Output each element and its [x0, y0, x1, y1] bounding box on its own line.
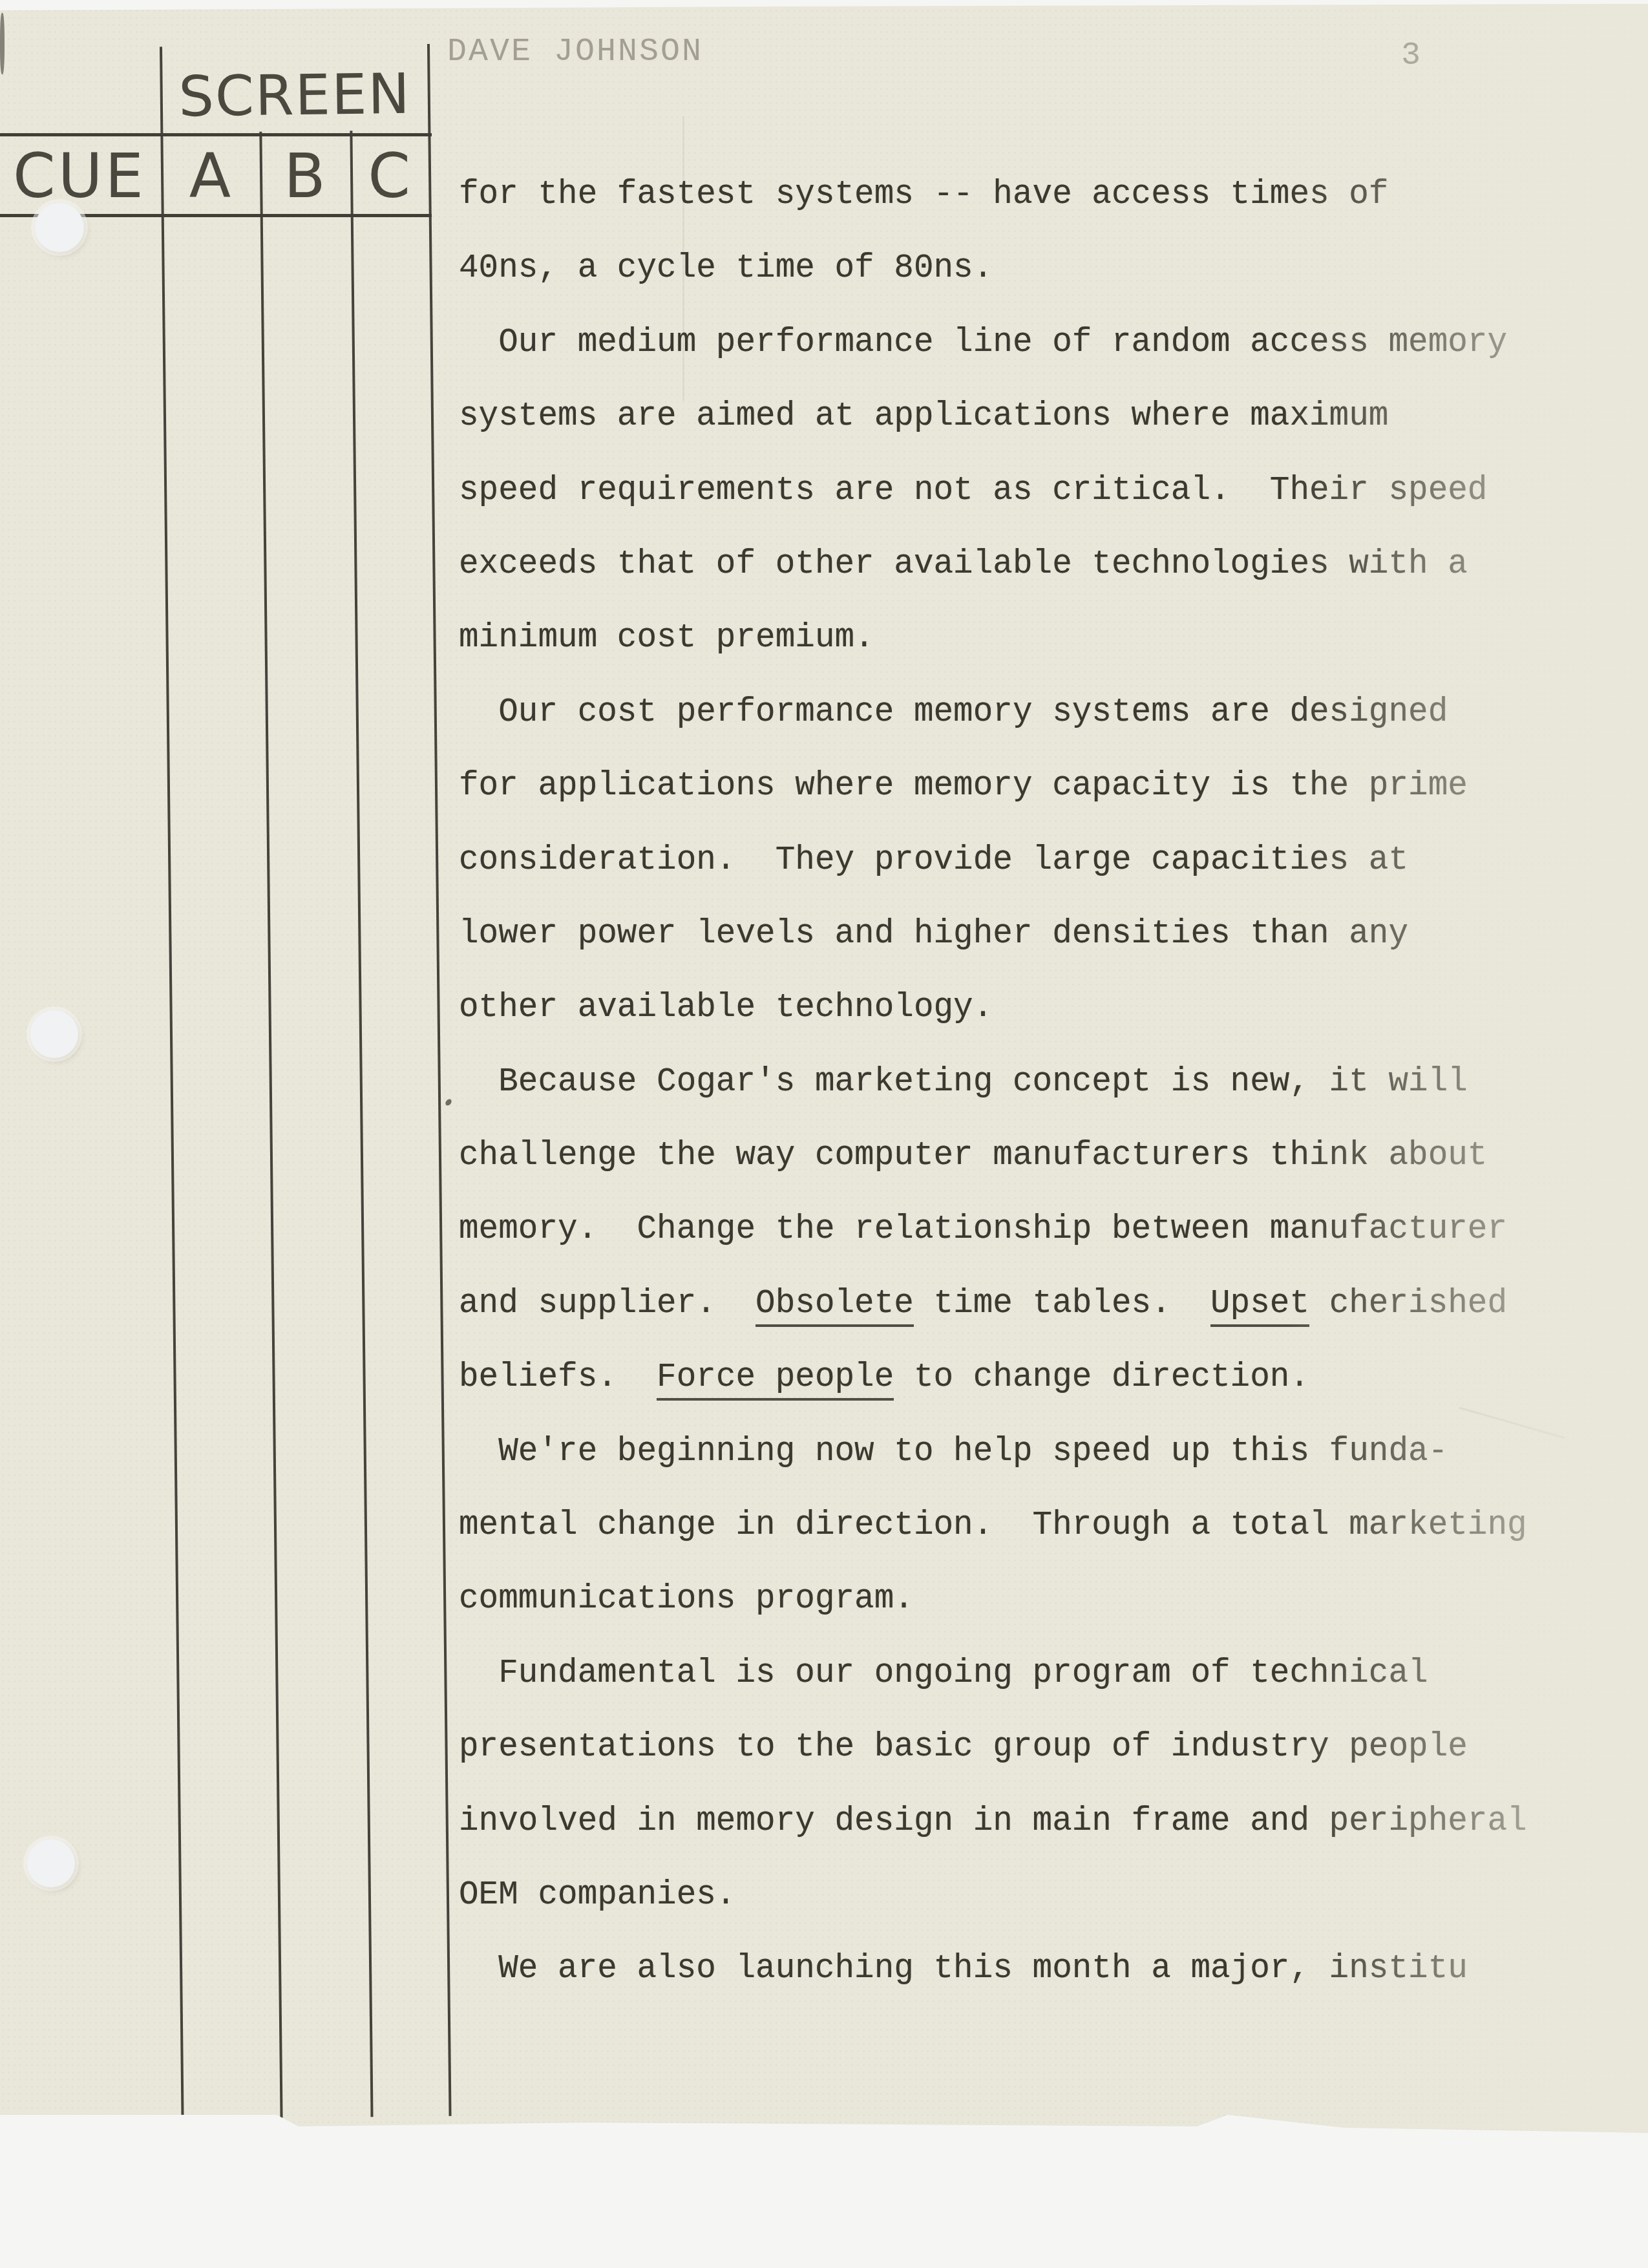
column-b-right-rule — [350, 131, 373, 2117]
typed-text-line: mental change in direction. Through a to… — [459, 1489, 1570, 1563]
punch-hole — [35, 203, 84, 252]
paper-edge-shadow — [0, 13, 5, 74]
typed-text-line: involved in memory design in main frame … — [459, 1785, 1570, 1859]
paper-crease — [682, 116, 684, 401]
typed-text-line: beliefs. Force people to change directio… — [459, 1341, 1570, 1415]
typed-text-line: systems are aimed at applications where … — [459, 380, 1570, 454]
typed-text-line: speed requirements are not as critical. … — [459, 454, 1570, 528]
typed-text-line: for the fastest systems -- have access t… — [459, 158, 1570, 232]
typed-text-line: other available technology. — [459, 971, 1570, 1045]
screen-column-b-label: B — [260, 141, 349, 213]
typed-text-line: and supplier. Obsolete time tables. Upse… — [459, 1267, 1570, 1341]
typed-text-line: Our cost performance memory systems are … — [459, 676, 1570, 750]
paper-sheet: SCREEN CUE A B C DAVE JOHNSON 3 for the … — [0, 0, 1648, 2268]
typed-text-line: presentations to the basic group of indu… — [459, 1711, 1570, 1785]
typed-text-line: communications program. — [459, 1563, 1570, 1637]
punch-hole — [30, 1010, 78, 1058]
typed-text-line: lower power levels and higher densities … — [459, 898, 1570, 971]
typed-text-line: Fundamental is our ongoing program of te… — [459, 1637, 1570, 1711]
scanned-document: SCREEN CUE A B C DAVE JOHNSON 3 for the … — [0, 0, 1648, 2268]
screen-column-a-label: A — [162, 141, 259, 213]
typed-text-line: minimum cost premium. — [459, 602, 1570, 675]
typed-text-line: challenge the way computer manufacturers… — [459, 1119, 1570, 1193]
cue-header-label: CUE — [1, 141, 158, 213]
typed-body-text: for the fastest systems -- have access t… — [459, 158, 1570, 2007]
screen-header-label: SCREEN — [161, 58, 428, 133]
typed-text-line: memory. Change the relationship between … — [459, 1193, 1570, 1267]
typed-text-line: consideration. They provide large capaci… — [459, 824, 1570, 898]
typed-text-line: 40ns, a cycle time of 80ns. — [459, 232, 1570, 306]
punch-hole — [27, 1839, 75, 1887]
typed-text-line: We are also launching this month a major… — [459, 1933, 1570, 2006]
typed-author-name: DAVE JOHNSON — [447, 36, 703, 69]
screen-header-rule — [0, 133, 432, 136]
typed-text-line: We're beginning now to help speed up thi… — [459, 1415, 1570, 1489]
typed-text-line: Our medium performance line of random ac… — [459, 306, 1570, 380]
typed-text-line: exceeds that of other available technolo… — [459, 528, 1570, 602]
screen-column-c-label: C — [351, 141, 427, 213]
typed-text-line: for applications where memory capacity i… — [459, 750, 1570, 823]
typed-text-line: Because Cogar's marketing concept is new… — [459, 1046, 1570, 1119]
column-a-right-rule — [259, 132, 282, 2118]
page-number: 3 — [1401, 40, 1421, 72]
cue-column-right-rule — [160, 47, 184, 2119]
column-c-right-rule — [427, 44, 452, 2116]
typed-text-line: OEM companies. — [459, 1859, 1570, 1933]
